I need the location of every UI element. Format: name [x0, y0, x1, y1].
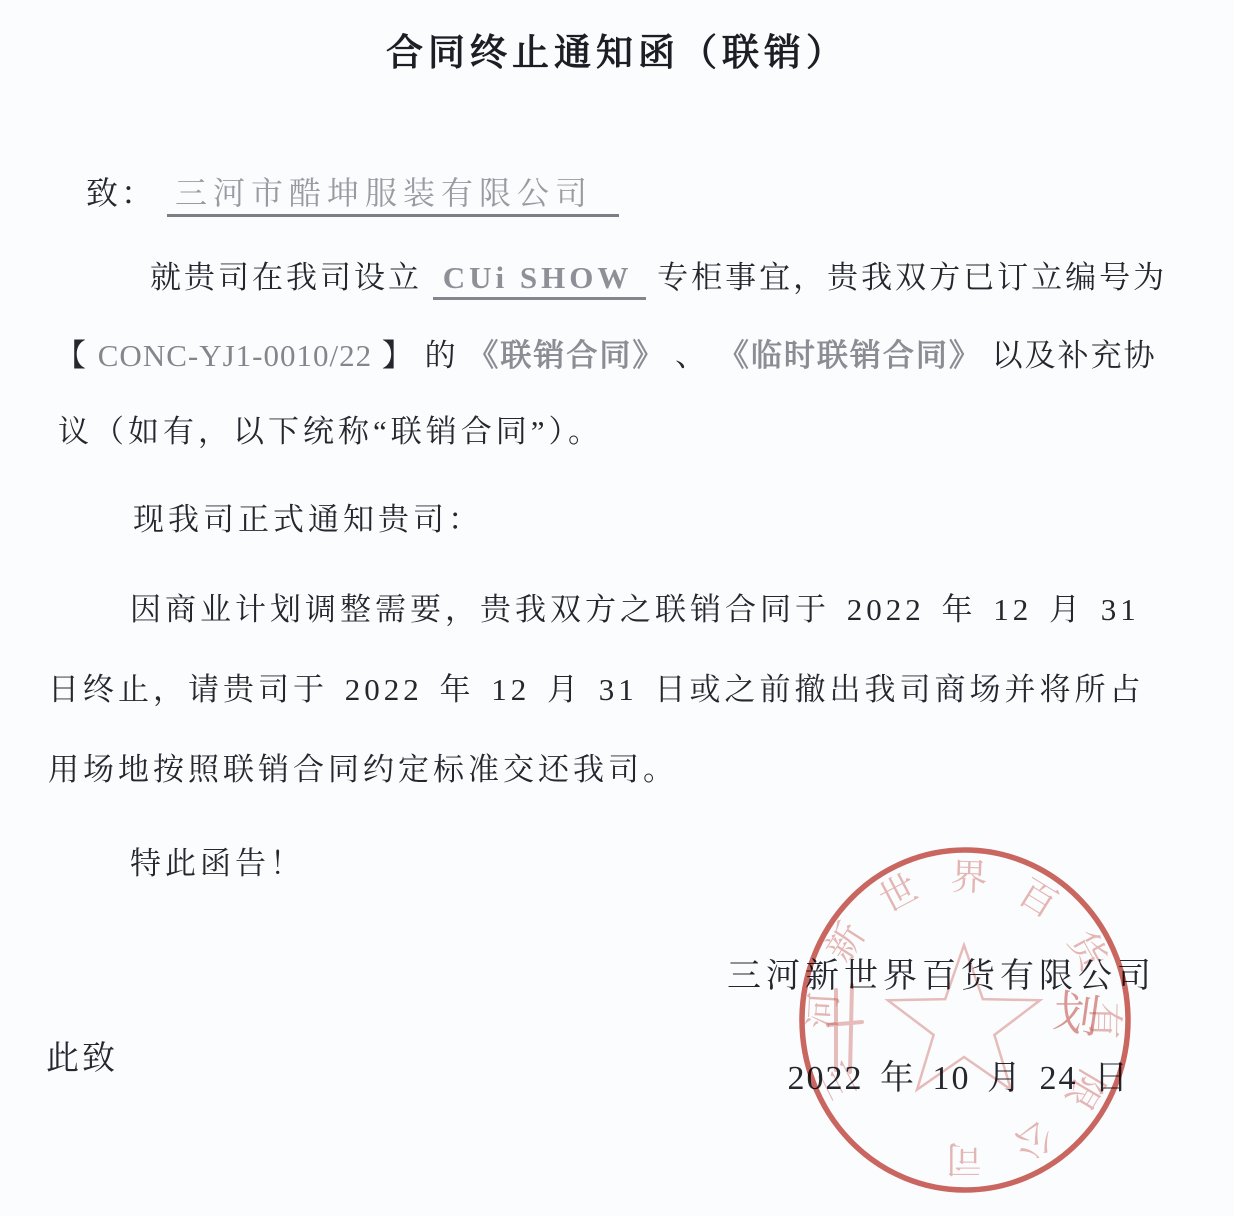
seal-ring-text-container: 三河新世界百货有限公司: [803, 857, 1125, 1178]
paragraph1-line3: 议（如有，以下统称“联销合同”）。: [58, 406, 603, 451]
paragraph3-line1: 因商业计划调整需要，贵我双方之联销合同于 2022 年 12 月 31: [130, 584, 1140, 629]
seal-ring-circle: [802, 850, 1128, 1190]
paragraph1-post-text: 专柜事宜，贵我双方已订立编号为: [657, 260, 1167, 295]
recipient-line: 致： 三河市酷坤服装有限公司: [86, 168, 619, 214]
paragraph1-line2-end: 以及补充协: [992, 338, 1157, 373]
signature-date: 2022 年 10 月 24 日: [788, 1050, 1131, 1099]
company-seal-stamp: 三河新世界百货有限公司 划: [792, 840, 1140, 1200]
contract-number: CONC-YJ1-0010/22: [98, 338, 372, 373]
closing-salutation: 此致: [46, 1032, 118, 1079]
bracket-close: 】: [382, 338, 415, 373]
scanned-letter-page: 合同终止通知函（联销） 致： 三河市酷坤服装有限公司 就贵司在我司设立 CUi …: [0, 0, 1234, 1216]
signature-company-name: 三河新世界百货有限公司: [727, 948, 1156, 997]
contract-name-1: 《联销合同》: [467, 338, 665, 373]
paragraph2-notice-line: 现我司正式通知贵司：: [133, 494, 483, 539]
paragraph3-line2: 日终止，请贵司于 2022 年 12 月 31 日或之前撤出我司商场并将所占: [48, 664, 1145, 709]
contract-separator: 、: [675, 338, 708, 373]
seal-ring-text: 三河新世界百货有限公司: [803, 857, 1125, 1178]
contract-name-2: 《临时联销合同》: [718, 338, 982, 373]
recipient-company-name: 三河市酷坤服装有限公司: [167, 175, 619, 217]
paragraph4-hereby-notify: 特此函告！: [130, 838, 305, 883]
paragraph1-pre-text: 就贵司在我司设立: [150, 260, 422, 295]
recipient-label: 致：: [86, 175, 156, 211]
paragraph1-line2: 【 CONC-YJ1-0010/22 】 的 《联销合同》 、 《临时联销合同》…: [55, 330, 1157, 375]
paragraph1-mid-text: 的: [425, 338, 458, 373]
page-title: 合同终止通知函（联销）: [0, 22, 1234, 76]
paragraph3-line3: 用场地按照联销合同约定标准交还我司。: [48, 744, 678, 789]
bracket-open: 【: [55, 338, 88, 373]
paragraph1-line1: 就贵司在我司设立 CUi SHOW 专柜事宜，贵我双方已订立编号为: [150, 252, 1167, 297]
counter-name-handwritten: CUi SHOW: [433, 260, 647, 300]
